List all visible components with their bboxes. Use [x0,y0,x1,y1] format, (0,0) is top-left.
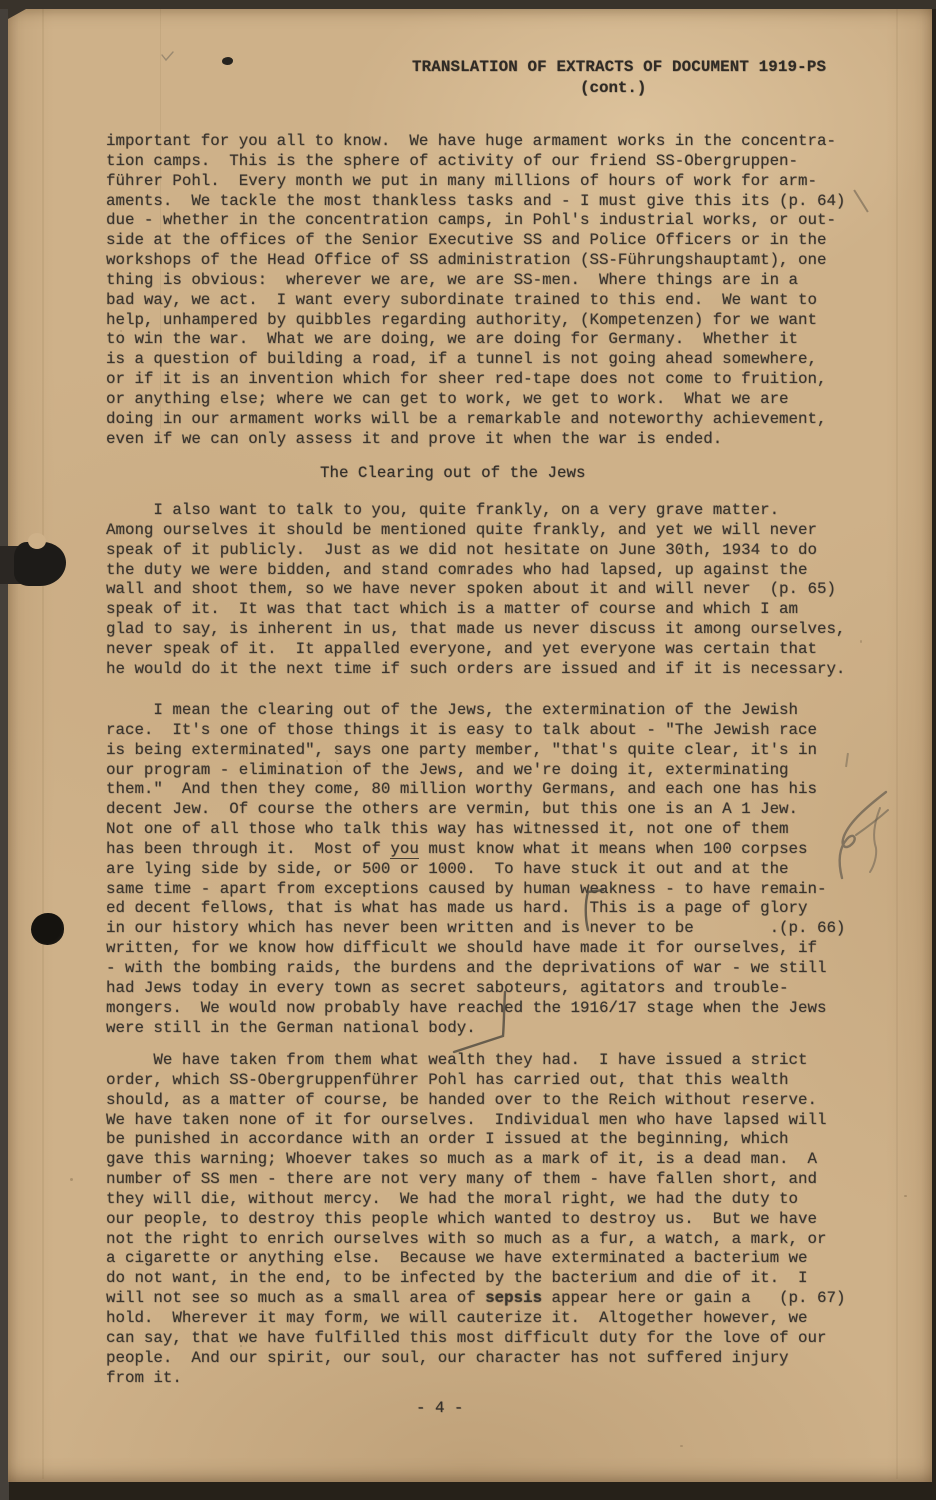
text-line: Not one of all those who talk this way h… [106,820,845,840]
text-line: same time - apart from exceptions caused… [106,880,845,900]
paragraph-wealth-order: We have taken from them what wealth they… [106,1051,845,1388]
text-line: or anything else; where we can get to wo… [106,390,845,410]
text-line: race. It's one of those things it is eas… [106,721,845,741]
text-line: be punished in accordance with an order … [106,1130,845,1150]
paper-speck [680,1445,683,1447]
text-line: führer Pohl. Every month we put in many … [106,172,845,192]
text-line: speak of it publicly. Just as we did not… [106,541,845,561]
text-line: side at the offices of the Senior Execut… [106,231,845,251]
text-line: Among ourselves it should be mentioned q… [106,521,845,541]
text-line: had Jews today in every town as secret s… [106,979,845,999]
text-line: he would do it the next time if such ord… [106,660,845,680]
text-line: were still in the German national body. [106,1019,845,1039]
text-line: thing is obvious: wherever we are, we ar… [106,271,845,291]
text-line: doing in our armament works will be a re… [106,410,845,430]
text-line: speak of it. It was that tact which is a… [106,600,845,620]
text-line: should, as a matter of course, be handed… [106,1091,845,1111]
text-line: bad way, we act. I want every subordinat… [106,291,845,311]
text-line: order, which SS-Obergruppenführer Pohl h… [106,1071,845,1091]
text-line: hold. Wherever it may form, we will caut… [106,1309,845,1329]
text-line: written, for we know how difficult we sh… [106,939,845,959]
scan-edge-top [0,0,936,9]
text-line: them." And then they come, 80 million wo… [106,780,845,800]
text-line: decent Jew. Of course the others are ver… [106,800,845,820]
text-line: gave this warning; Whoever takes so much… [106,1150,845,1170]
hole-punch-mark [31,913,64,945]
text-line: in our history which has never been writ… [106,919,845,939]
text-line: We have taken none of it for ourselves. … [106,1111,845,1131]
text-line: the duty we were bidden, and stand comra… [106,561,845,581]
text-line: tion camps. This is the sphere of activi… [106,152,845,172]
page-number: - 4 - [416,1399,463,1419]
section-heading: The Clearing out of the Jews [320,464,585,484]
binder-clip-notch [28,533,46,549]
text-line: is being exterminated", says one party m… [106,741,845,761]
text-line: aments. We tackle the most thankless tas… [106,192,845,212]
ink-blot [222,57,233,65]
text-line: not the right to enrich ourselves with s… [106,1230,845,1250]
scanned-document-page: TRANSLATION OF EXTRACTS OF DOCUMENT 1919… [0,0,936,1500]
text-line: are lying side by side, or 500 or 1000. … [106,860,845,880]
text-line: never speak of it. It appalled everyone,… [106,640,845,660]
binder-clip-mark [0,540,72,590]
text-line: people. And our spirit, our soul, our ch… [106,1349,845,1369]
text-line: a cigarette or anything else. Because we… [106,1249,845,1269]
text-line: will not see so much as a small area of … [106,1289,845,1309]
text-line: glad to say, is inherent in us, that mad… [106,620,845,640]
text-line: has been through it. Most of you must kn… [106,840,845,860]
text-line: to win the war. What we are doing, we ar… [106,330,845,350]
paragraph-armament-works: important for you all to know. We have h… [106,132,845,450]
text-line: due - whether in the concentration camps… [106,211,845,231]
text-line: - with the bombing raids, the burdens an… [106,959,845,979]
paragraph-clearing-out: I mean the clearing out of the Jews, the… [106,701,845,1038]
paper-speck [70,1178,73,1181]
text-line: do not want, in the end, to be infected … [106,1269,845,1289]
text-line: can say, that we have fulfilled this mos… [106,1329,845,1349]
paper-speck [860,640,862,643]
text-line: mongers. We would now probably have reac… [106,999,845,1019]
text-line: workshops of the Head Office of SS admin… [106,251,845,271]
text-line: ed decent fellows, that is what has made… [106,899,845,919]
paragraph-grave-matter: I also want to talk to you, quite frankl… [106,501,845,680]
paper-speck [904,1195,907,1197]
text-line: wall and shoot them, so we have never sp… [106,580,845,600]
text-line: even if we can only assess it and prove … [106,430,845,450]
text-line: our people, to destroy this people which… [106,1210,845,1230]
text-line: they will die, without mercy. We had the… [106,1190,845,1210]
header-title: TRANSLATION OF EXTRACTS OF DOCUMENT 1919… [412,58,826,78]
text-line: or if it is an invention which for sheer… [106,370,845,390]
text-line: number of SS men - there are not very ma… [106,1170,845,1190]
text-line: from it. [106,1369,845,1389]
text-line: We have taken from them what wealth they… [106,1051,845,1071]
text-line: is a question of building a road, if a t… [106,350,845,370]
text-line: our program - elimination of the Jews, a… [106,761,845,781]
text-line: I also want to talk to you, quite frankl… [106,501,845,521]
paper-corner-cut [8,9,26,19]
text-line: help, unhampered by quibbles regarding a… [106,311,845,331]
text-line: I mean the clearing out of the Jews, the… [106,701,845,721]
binder-clip-body [14,542,66,586]
header-continuation-label: (cont.) [580,79,646,99]
text-line: important for you all to know. We have h… [106,132,845,152]
